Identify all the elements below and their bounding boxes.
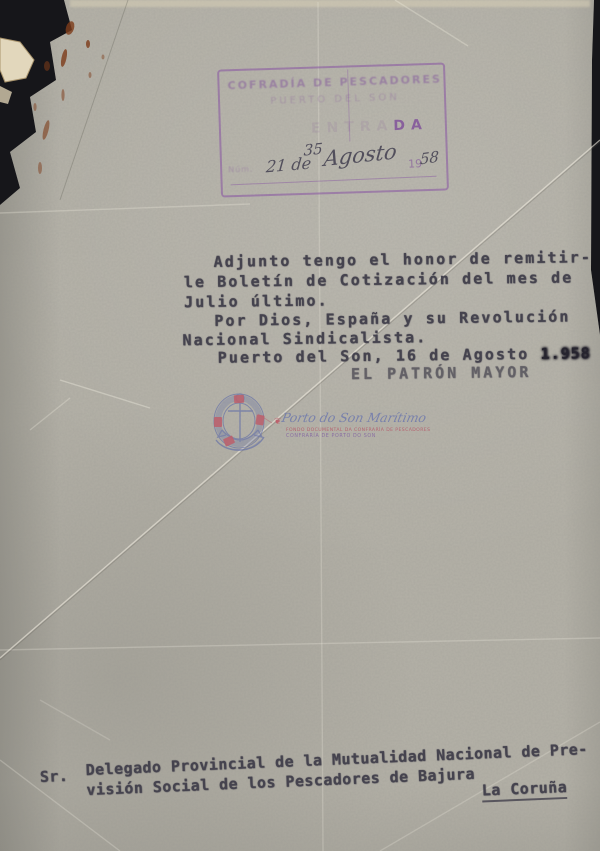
- address-city-underlined: La Coruña: [481, 778, 567, 803]
- stamp-org-place: PUERTO DEL SON: [250, 91, 420, 107]
- stamp-footer-printed-label: Núm.: [228, 165, 254, 175]
- stamp-baseline-rule: [231, 176, 437, 186]
- registry-stamp: COFRADÍA DE PESCADORES PUERTO DEL SON EN…: [217, 62, 449, 197]
- stamp-handwritten-day: 21 de: [265, 153, 312, 176]
- stamp-entrada-visible-part: DA: [393, 117, 428, 134]
- watermark-subtitle-1: FONDO DOCUMENTAL DA CONFRARÍA DE PESCADO…: [286, 428, 430, 433]
- letter-line: Julio último.: [184, 291, 329, 311]
- address-salutation: Sr.: [39, 767, 68, 786]
- stamp-org-name: COFRADÍA DE PESCADORES: [227, 73, 435, 93]
- watermark-title: Porto do Son Marítimo: [280, 410, 427, 425]
- letter-signature-title: EL PATRÓN MAYOR: [351, 363, 532, 383]
- paper-top-edge-highlight: [70, 0, 590, 7]
- stamp-entrada-faded-part: ENTRA: [311, 118, 394, 137]
- anchor-lifebuoy-emblem-icon: [208, 390, 274, 460]
- archive-watermark: ❦ Porto do Son Marítimo FONDO DOCUMENTAL…: [208, 390, 468, 462]
- watermark-subtitle-2: CONFRARÍA DE PORTO DO SON: [286, 434, 376, 439]
- letter-dateline-year-overstruck: 1.958: [540, 344, 590, 363]
- stamp-handwritten-year: 58: [420, 148, 440, 169]
- torn-paper-fragment: [0, 38, 34, 82]
- torn-paper-fragment-small: [0, 86, 12, 104]
- stamp-entrada-word: ENTRADA: [311, 117, 428, 137]
- stamp-handwritten-month: Agosto: [323, 139, 398, 171]
- scanned-letter-page: COFRADÍA DE PESCADORES PUERTO DEL SON EN…: [0, 0, 600, 851]
